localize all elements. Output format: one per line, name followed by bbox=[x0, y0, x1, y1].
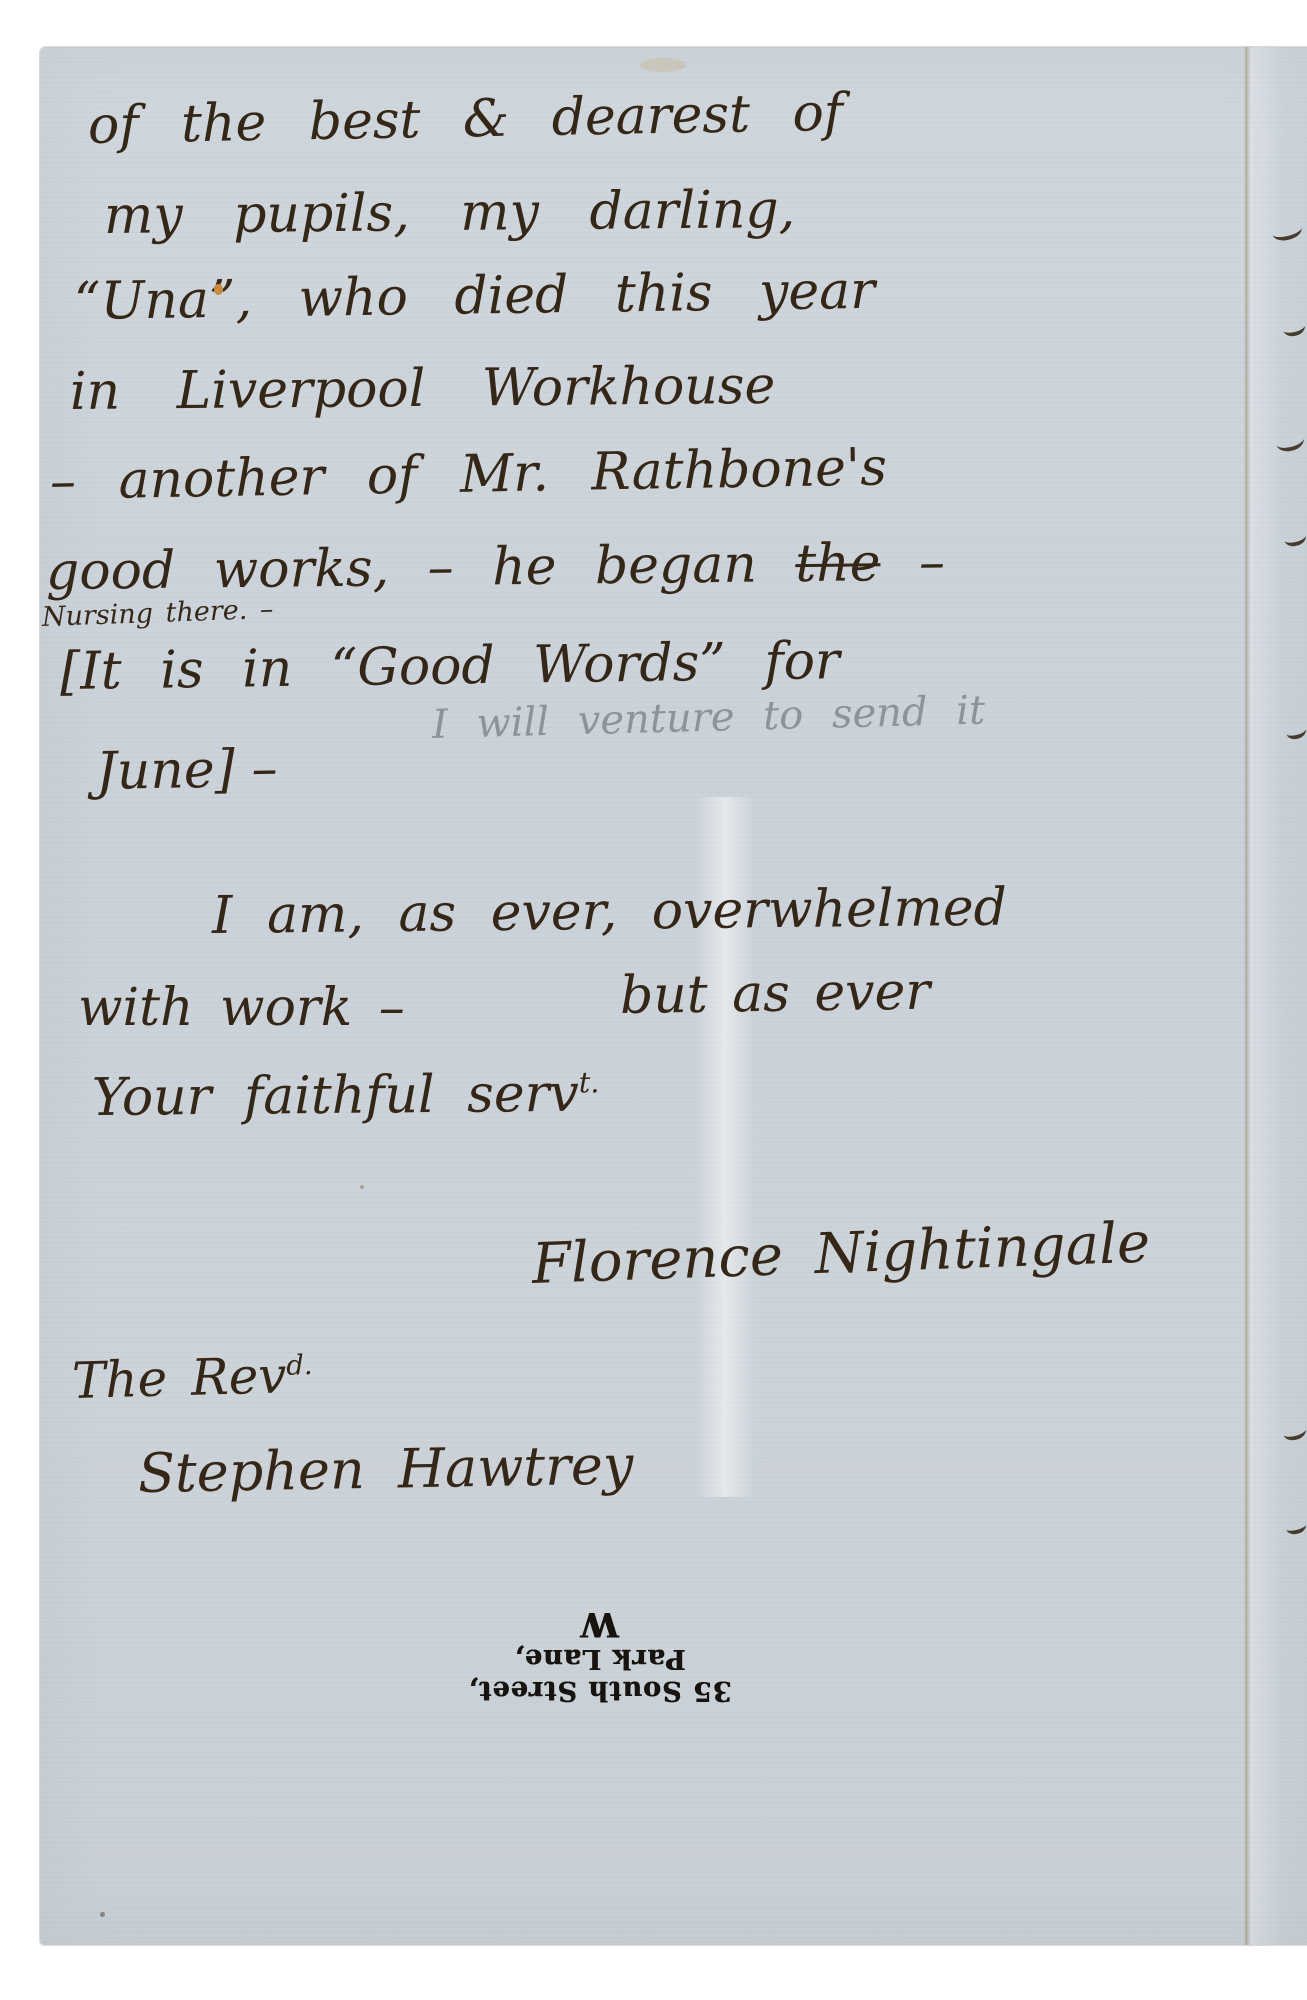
addressee-line-1-text: The Rev bbox=[71, 1346, 287, 1410]
letter-line-7: [It is in “Good Words” for bbox=[60, 631, 841, 702]
letter-line-8: June] – bbox=[95, 739, 277, 802]
closing-text: Your faithful serv bbox=[92, 1064, 579, 1128]
addressee-line-1: The Revd. bbox=[71, 1346, 313, 1410]
letter-line-6: good works, – he began the – bbox=[46, 533, 946, 602]
letter-line-6-post: – bbox=[880, 533, 945, 594]
scan-background: { "page": { "kind": "scanned handwritten… bbox=[0, 0, 1307, 2000]
stain-dot bbox=[214, 284, 223, 295]
stain-speck bbox=[100, 1912, 105, 1917]
letter-line-10b: but as ever bbox=[620, 962, 931, 1026]
addressee-line-2: Stephen Hawtrey bbox=[137, 1433, 633, 1505]
letterhead-monogram: W bbox=[450, 1605, 750, 1642]
letter-line-10a: with work – bbox=[78, 978, 405, 1038]
letter-line-3: “Una”, who died this year bbox=[74, 261, 876, 332]
letter-line-6-pre: good works, – he began bbox=[46, 534, 796, 602]
letter-line-2: my pupils, my darling, bbox=[104, 180, 796, 246]
letterhead: 35 South Street, Park Lane, W bbox=[450, 1605, 750, 1706]
letterhead-street: 35 South Street, bbox=[450, 1674, 750, 1706]
closing-line: Your faithful servt. bbox=[92, 1064, 600, 1128]
addressee-superscript: d. bbox=[286, 1349, 313, 1382]
stain-speck-2 bbox=[360, 1185, 364, 1189]
stain-blotch bbox=[640, 58, 686, 72]
closing-superscript: t. bbox=[579, 1065, 600, 1099]
letter-line-9: I am, as ever, overwhelmed bbox=[212, 878, 1007, 946]
letterhead-district: Park Lane, bbox=[450, 1642, 750, 1674]
fold-crease bbox=[1244, 47, 1250, 1945]
letter-line-4: in Liverpool Workhouse bbox=[70, 356, 776, 422]
struck-word: the bbox=[795, 533, 881, 594]
